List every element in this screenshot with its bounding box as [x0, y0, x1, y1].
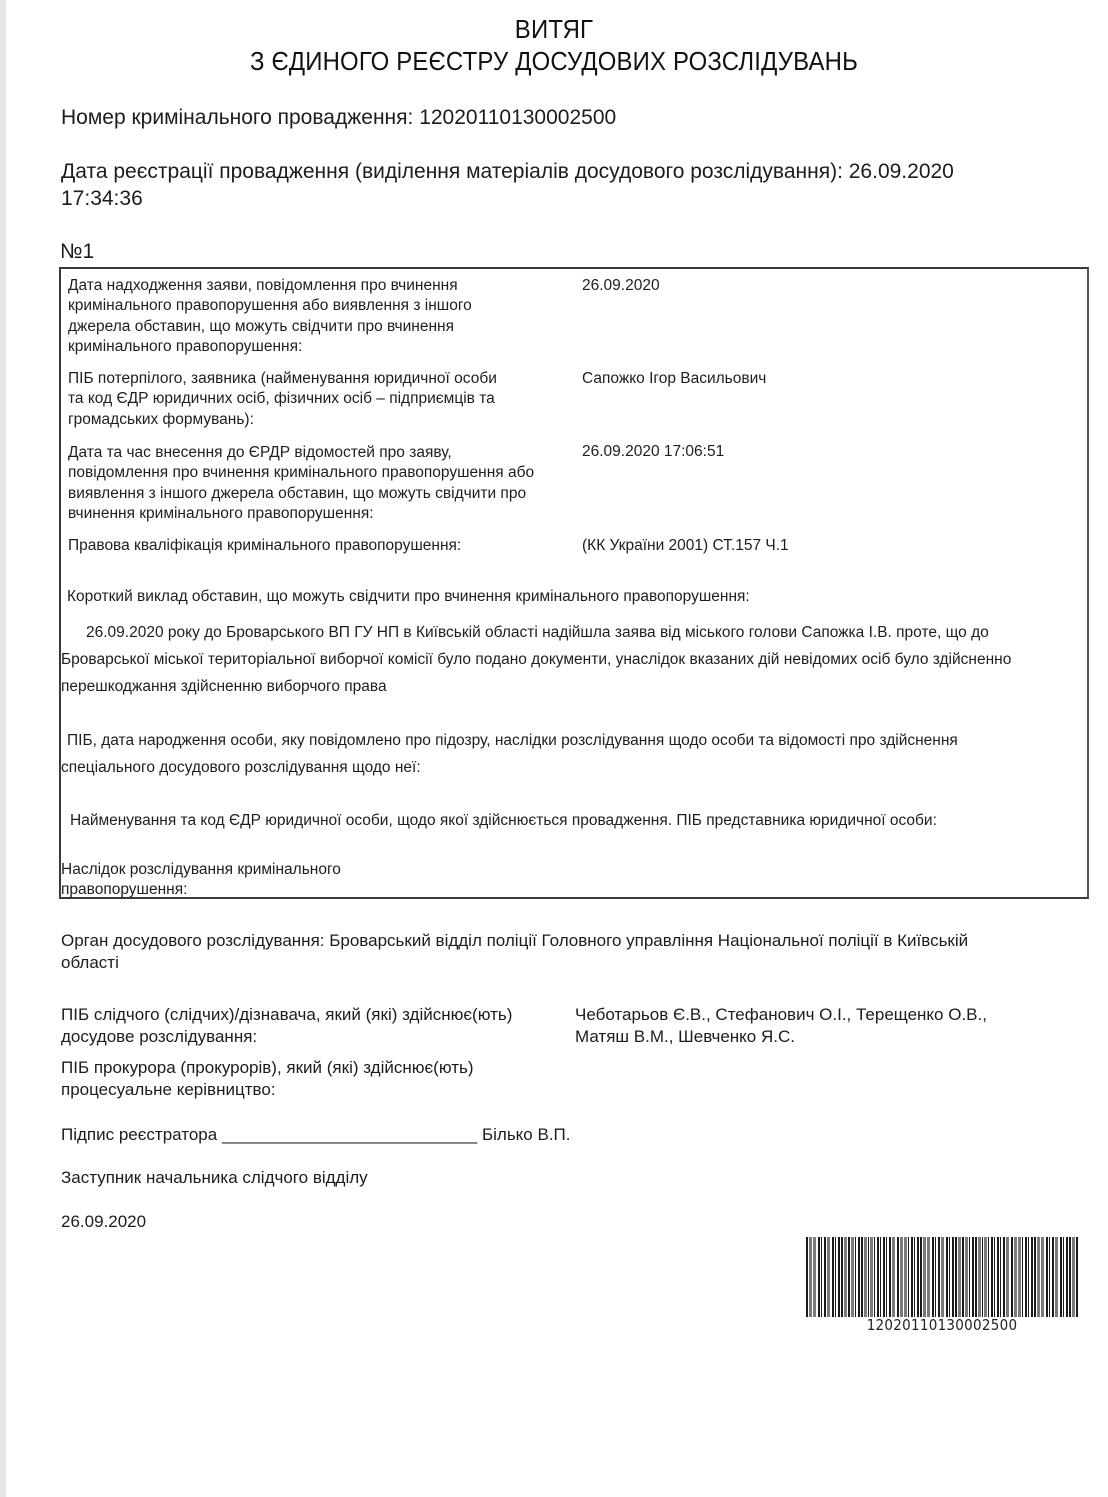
case-number: 12020110130002500 [419, 106, 616, 129]
row-value-entry-datetime: 26.09.2020 17:06:51 [582, 443, 724, 461]
signature-line: Підпис реєстратора _____________________… [61, 1124, 571, 1146]
summary-line-2: Броварської міської територіальної вибор… [61, 647, 1011, 674]
registration-date-line: Дата реєстрації провадження (виділення м… [61, 160, 954, 184]
summary-label: Короткий виклад обставин, що можуть свід… [67, 584, 750, 611]
barcode-number: 12020110130002500 [818, 1316, 1066, 1334]
outcome-label: Наслідок розслідування кримінального пра… [61, 860, 341, 901]
registrar-name: Білько В.П. [482, 1125, 571, 1144]
investigators-value: Чеботарьов Є.В., Стефанович О.І., Тереще… [575, 1004, 987, 1048]
row-label-entry-datetime: Дата та час внесення до ЄРДР відомостей … [68, 443, 534, 524]
case-number-label: Номер кримінального провадження: [61, 106, 413, 129]
row-value-victim: Сапожко Ігор Васильович [582, 370, 766, 388]
row-value-receipt-date: 26.09.2020 [582, 277, 660, 295]
summary-line-1: 26.09.2020 року до Броварського ВП ГУ НП… [86, 620, 989, 647]
row-value-qualification: (КК України 2001) СТ.157 Ч.1 [582, 537, 789, 555]
prosecutors-label: ПІБ прокурора (прокурорів), який (які) з… [61, 1057, 474, 1101]
authority-label: Орган досудового розслідування: Броварсь… [61, 930, 968, 974]
suspect-label-line-2: спеціального досудового розслідування що… [61, 755, 421, 782]
document-date: 26.09.2020 [61, 1211, 146, 1233]
row-label-victim: ПІБ потерпілого, заявника (найменування … [68, 369, 497, 430]
suspect-label-line-1: ПІБ, дата народження особи, яку повідомл… [67, 728, 958, 755]
summary-line-3: перешкоджання здійсненню виборчого права [61, 674, 387, 701]
entry-table [59, 267, 1089, 899]
registration-time: 17:34:36 [61, 187, 143, 211]
legal-entity-label: Найменування та код ЄДР юридичної особи,… [70, 808, 937, 835]
registration-date: 26.09.2020 [849, 160, 954, 183]
barcode-icon [804, 1237, 1080, 1317]
document-title: ВИТЯГ [44, 14, 1063, 45]
registration-label: Дата реєстрації провадження (виділення м… [61, 160, 843, 183]
entry-number: №1 [60, 240, 94, 264]
case-number-line: Номер кримінального провадження: 1202011… [61, 106, 616, 130]
page-edge [0, 0, 6, 1497]
investigators-label: ПІБ слідчого (слідчих)/дізнавача, який (… [61, 1004, 512, 1048]
registrar-position: Заступник начальника слідчого відділу [61, 1167, 368, 1189]
row-label-receipt-date: Дата надходження заяви, повідомлення про… [68, 276, 472, 357]
signature-blank: ___________________________ [222, 1125, 477, 1144]
row-label-qualification: Правова кваліфікація кримінального право… [68, 536, 461, 556]
signature-label: Підпис реєстратора [61, 1125, 217, 1144]
document-subtitle: З ЄДИНОГО РЕЄСТРУ ДОСУДОВИХ РОЗСЛІДУВАНЬ [44, 46, 1063, 77]
